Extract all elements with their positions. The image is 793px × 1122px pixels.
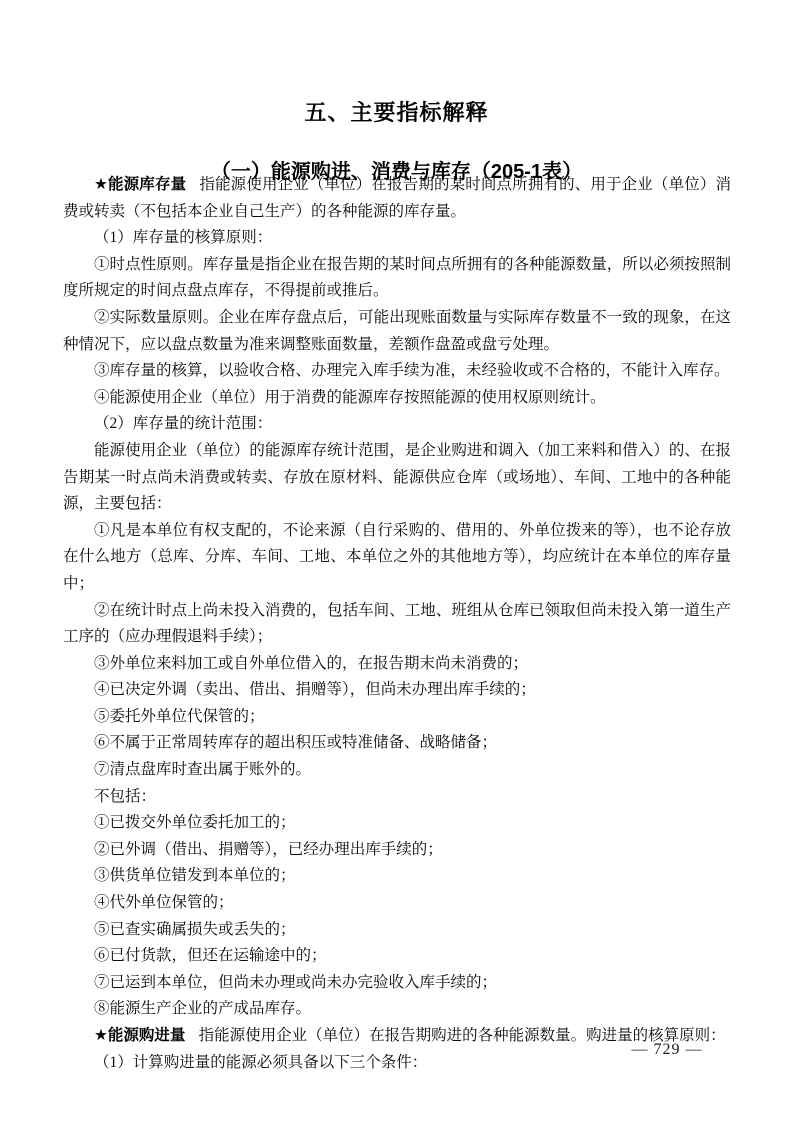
paragraph: ①时点性原则。库存量是指企业在报告期的某时间点所拥有的各种能源数量，所以必须按照… bbox=[63, 252, 731, 305]
paragraph-text: ①凡是本单位有权支配的，不论来源（自行采购的、借用的、外单位拨来的等），也不论存… bbox=[63, 522, 731, 592]
paragraph-text: （2）库存量的统计范围： bbox=[94, 415, 272, 432]
paragraph: 不包括： bbox=[63, 784, 731, 811]
paragraph: ⑧能源生产企业的产成品库存。 bbox=[63, 996, 731, 1023]
paragraph-text: ③供货单位错发到本单位的； bbox=[94, 867, 296, 884]
paragraph: ③外单位来料加工或自外单位借入的，在报告期末尚未消费的； bbox=[63, 651, 731, 678]
paragraph: ⑦清点盘库时查出属于账外的。 bbox=[63, 757, 731, 784]
paragraph-text: ③库存量的核算，以验收合格、办理完入库手续为准，未经验收或不合格的，不能计入库存… bbox=[94, 362, 730, 379]
paragraph: ④已决定外调（卖出、借出、捐赠等），但尚未办理出库手续的； bbox=[63, 677, 731, 704]
paragraph-text: ⑤委托外单位代保管的； bbox=[94, 708, 265, 725]
paragraph: ②在统计时点上尚未投入消费的，包括车间、工地、班组从仓库已领取但尚未投入第一道生… bbox=[63, 598, 731, 651]
paragraph: ⑥不属于正常周转库存的超出积压或特准储备、战略储备； bbox=[63, 730, 731, 757]
paragraph-text: ②实际数量原则。企业在库存盘点后，可能出现账面数量与实际库存数量不一致的现象，在… bbox=[63, 309, 731, 353]
page-number: — 729 — bbox=[622, 1039, 712, 1061]
page-title: 五、主要指标解释 bbox=[0, 99, 793, 127]
paragraph: ③供货单位错发到本单位的； bbox=[63, 863, 731, 890]
paragraph-text: （1）计算购进量的能源必须具备以下三个条件： bbox=[94, 1054, 427, 1071]
paragraph: ⑥已付货款，但还在运输途中的； bbox=[63, 943, 731, 970]
paragraph: ④能源使用企业（单位）用于消费的能源库存按照能源的使用权原则统计。 bbox=[63, 385, 731, 412]
term-label: ★能源购进量 bbox=[94, 1027, 185, 1044]
paragraph: ★能源库存量指能源使用企业（单位）在报告期的某时间点所拥有的、用于企业（单位）消… bbox=[63, 172, 731, 225]
paragraph-text: 能源使用企业（单位）的能源库存统计范围，是企业购进和调入（加工来料和借入）的、在… bbox=[63, 442, 731, 512]
paragraph-text: ④代外单位保管的； bbox=[94, 894, 234, 911]
paragraph-text: ⑧能源生产企业的产成品库存。 bbox=[94, 1000, 311, 1017]
paragraph-text: ③外单位来料加工或自外单位借入的，在报告期末尚未消费的； bbox=[94, 655, 528, 672]
paragraph: ②已外调（借出、捐赠等），已经办理出库手续的； bbox=[63, 837, 731, 864]
paragraph-text: ②在统计时点上尚未投入消费的，包括车间、工地、班组从仓库已领取但尚未投入第一道生… bbox=[63, 602, 731, 646]
paragraph: ⑦已运到本单位，但尚未办理或尚未办完验收入库手续的； bbox=[63, 970, 731, 997]
paragraph-text: ⑤已查实确属损失或丢失的； bbox=[94, 921, 296, 938]
paragraph-text: ①时点性原则。库存量是指企业在报告期的某时间点所拥有的各种能源数量，所以必须按照… bbox=[63, 256, 731, 300]
paragraph-text: ⑥已付货款，但还在运输途中的； bbox=[94, 947, 327, 964]
paragraph: ⑤已查实确属损失或丢失的； bbox=[63, 917, 731, 944]
document-page: 五、主要指标解释 （一）能源购进、消费与库存（205-1表） ★能源库存量指能源… bbox=[0, 0, 793, 1122]
paragraph: （1）库存量的核算原则： bbox=[63, 225, 731, 252]
paragraph: ①已拨交外单位委托加工的； bbox=[63, 810, 731, 837]
paragraph: ②实际数量原则。企业在库存盘点后，可能出现账面数量与实际库存数量不一致的现象，在… bbox=[63, 305, 731, 358]
paragraph-text: 不包括： bbox=[94, 788, 156, 805]
term-label: ★能源库存量 bbox=[94, 176, 186, 193]
paragraph: ⑤委托外单位代保管的； bbox=[63, 704, 731, 731]
paragraph: 能源使用企业（单位）的能源库存统计范围，是企业购进和调入（加工来料和借入）的、在… bbox=[63, 438, 731, 518]
paragraph: ①凡是本单位有权支配的，不论来源（自行采购的、借用的、外单位拨来的等），也不论存… bbox=[63, 518, 731, 598]
paragraph: （2）库存量的统计范围： bbox=[63, 411, 731, 438]
document-body: ★能源库存量指能源使用企业（单位）在报告期的某时间点所拥有的、用于企业（单位）消… bbox=[63, 172, 731, 1076]
paragraph-text: ⑦清点盘库时查出属于账外的。 bbox=[94, 761, 311, 778]
paragraph-text: ⑥不属于正常周转库存的超出积压或特准储备、战略储备； bbox=[94, 734, 497, 751]
paragraph-text: ④已决定外调（卖出、借出、捐赠等），但尚未办理出库手续的； bbox=[94, 681, 536, 698]
paragraph-text: ①已拨交外单位委托加工的； bbox=[94, 814, 296, 831]
paragraph-text: ②已外调（借出、捐赠等），已经办理出库手续的； bbox=[94, 841, 443, 858]
paragraph: ④代外单位保管的； bbox=[63, 890, 731, 917]
paragraph-text: （1）库存量的核算原则： bbox=[94, 229, 272, 246]
paragraph-text: ⑦已运到本单位，但尚未办理或尚未办完验收入库手续的； bbox=[94, 974, 497, 991]
paragraph: ③库存量的核算，以验收合格、办理完入库手续为准，未经验收或不合格的，不能计入库存… bbox=[63, 358, 731, 385]
paragraph-text: ④能源使用企业（单位）用于消费的能源库存按照能源的使用权原则统计。 bbox=[94, 389, 606, 406]
